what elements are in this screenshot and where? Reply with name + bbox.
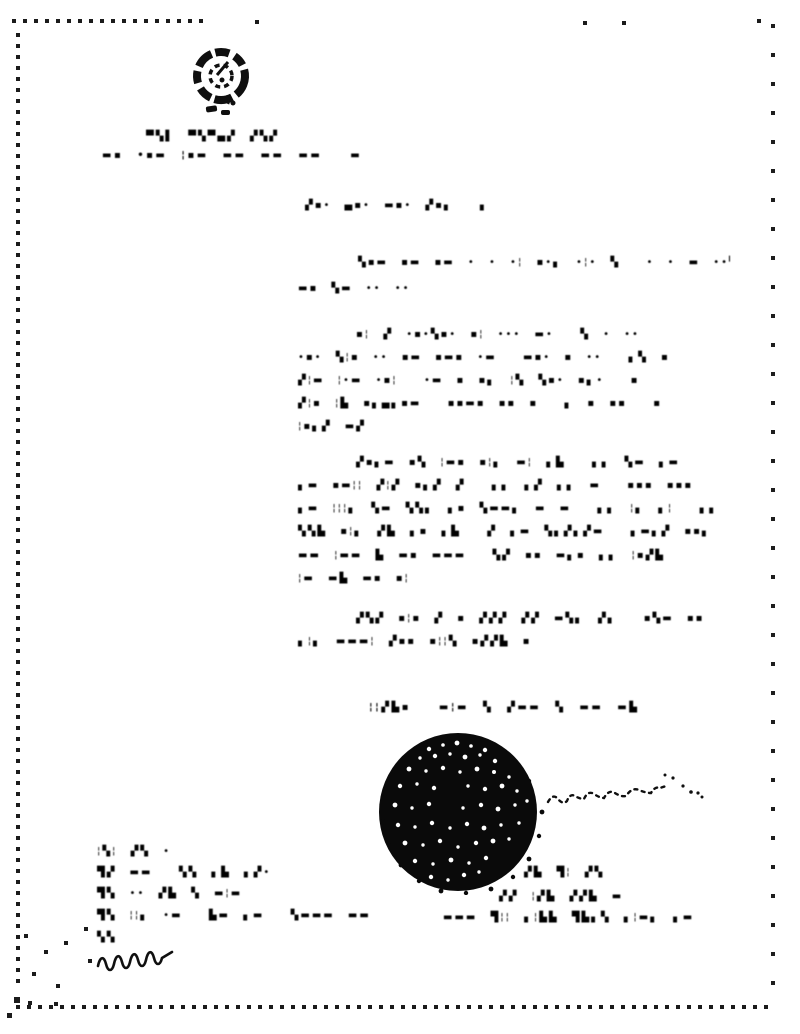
page-border-top xyxy=(12,19,208,23)
footer-line: ▜▞ ▬▬ ▚▚ ▖▙ ▖▞• xyxy=(97,865,281,881)
letterhead-org-line-2: ▬▪ •▪▬ ¦▪▬ ▬▬ ▬▬ ▬▬ ▬ xyxy=(102,148,400,164)
body-text-line: ▞▪▖▬ ▪▚ ¦▬▪ ▪¦▖ ▬¦ ▖▙ ▖▖ ▚▬ ▖▬ xyxy=(356,455,742,471)
emblem-icon xyxy=(186,42,256,122)
body-text-line: ▖▬ ¦¦¦▖ ▚▬ ▚▚▖ ▖▪ ▚▬▬▖ ▬ ▬ ▖▖ ¦▖ ▖¦ ▖▖ xyxy=(298,501,742,517)
letterhead-org-line-1: ▀▚▌ ▀▚▀▄▞ ▞▚▞ xyxy=(146,129,320,145)
signature-icon xyxy=(545,766,705,818)
date-line: ▞▪• ▄▪• ▬▪• ▞▪▖ ▖ xyxy=(305,198,501,214)
seal-stamp-icon xyxy=(369,731,549,895)
footer-line: ¦▚¦ ▞▚ • xyxy=(97,844,181,860)
footer-line: ▜▚ •• ▞▙ ▚ ▬¦▬ xyxy=(97,886,281,902)
signature-heading: ¦¦▞▙▪ ▬¦▬ ▚ ▞▬▬ ▚ ▬▬ ▬▙ xyxy=(369,700,669,716)
scanned-letter-page: ▀▚▌ ▀▚▀▄▞ ▞▚▞ ▬▪ •▪▬ ¦▪▬ ▬▬ ▬▬ ▬▬ ▬ ▞▪• … xyxy=(0,0,800,1034)
body-text-line: ▞¦▪ ¦▙ ▪▖▄▖▪▬ ▪▪▬▪ ▪▪ ▪ ▖ ▪ ▪▪ ▪ xyxy=(298,396,740,412)
body-text-line: ▬▬ ¦▬▬ ▙ ▬▪ ▬▬▬ ▚▞ ▪▪ ▬▖▪ ▖▖ ¦▪▞▙ xyxy=(298,548,746,564)
body-text-line: ▪¦ ▞ •▪•▚▪• ▪¦ ••• ▬• ▚ • •• xyxy=(356,327,740,343)
footer-line: ▜▚ ¦¦▖ •▬ ▙▬ ▖▬ ▚▬▬▬ ▬▬ xyxy=(97,908,407,924)
body-text-line: ▬▪ ▚▬ •• •• xyxy=(298,281,438,297)
scan-dot xyxy=(583,21,587,25)
body-text-line: ▚▪▬ ▪▬ ▪▬ • • •¦ ▪•▖ •¦• ▚ • • ▬ ••▚ xyxy=(358,255,730,271)
body-text-line: ▚▚▙ ▪¦▖ ▞▙ ▖▪ ▖▙ ▞ ▖▬ ▚▖▞▖▞▬ ▖▬▖▞ ▪▪▖ xyxy=(298,524,746,540)
scan-dot xyxy=(54,1002,58,1006)
scan-noise-dot xyxy=(56,984,60,988)
scan-noise-dot xyxy=(24,934,28,938)
scan-dot xyxy=(14,997,20,1003)
scan-dot xyxy=(757,19,761,23)
signatory-line: ▬▬▬ ▜¦¦ ▖¦▙▙ ▜▙▖▚ ▖¦▬▖ ▖▬ xyxy=(443,910,727,926)
body-text-line: ▖▬ ▪▬¦¦ ▞¦▞ ▪▖▞ ▞ ▖▖ ▖▞ ▖▖ ▬ ▪▪▪ ▪▪▪ xyxy=(298,478,742,494)
body-text-line: ▖¦▖ ▬▬▬¦ ▞▪▪ ▪¦¦▚ ▪▞▞▙ ▪ xyxy=(298,634,530,650)
scan-noise-dot xyxy=(64,941,68,945)
scan-noise-dot xyxy=(88,959,92,963)
body-text-line: ▞¦▬ ¦•▬ •▪¦ •▬ ▪ ▪▖ ¦▚ ▚▪• ▪▖• ▪ xyxy=(298,373,736,389)
scan-dot xyxy=(622,21,626,25)
body-text-line: ▞▚▞ ▪¦▪ ▞ ▪ ▞▞▞ ▞▞ ▬▚▖ ▞▖ ▪▚▬ ▪▪ xyxy=(356,611,742,627)
scan-dot xyxy=(7,1013,12,1018)
scan-noise-dot xyxy=(44,950,48,954)
signatory-line: ▞▞ ¦▞▙ ▞▞▙ ▬ xyxy=(499,889,663,905)
scan-dot xyxy=(255,20,259,24)
body-text-line: ¦▪▖▞ ▬▞ xyxy=(298,419,374,435)
signatory-line: ▞▙ ▜¦ ▞▚ xyxy=(524,865,644,881)
scan-dot xyxy=(28,1001,32,1005)
handwritten-note-icon xyxy=(94,944,186,978)
page-border-left xyxy=(16,33,20,989)
body-text-line: •▪• ▚¦▪ •• ▪▬ ▪▬▪ •▬ ▬▪• ▪ •• ▖▚ ▪ xyxy=(298,350,740,366)
page-border-bottom xyxy=(16,1005,774,1009)
page-border-right xyxy=(771,24,775,1006)
scan-noise-dot xyxy=(32,972,36,976)
scan-noise-dot xyxy=(84,927,88,931)
body-text-line: ¦▬ ▬▙ ▬▪ ▪¦ xyxy=(298,571,442,587)
